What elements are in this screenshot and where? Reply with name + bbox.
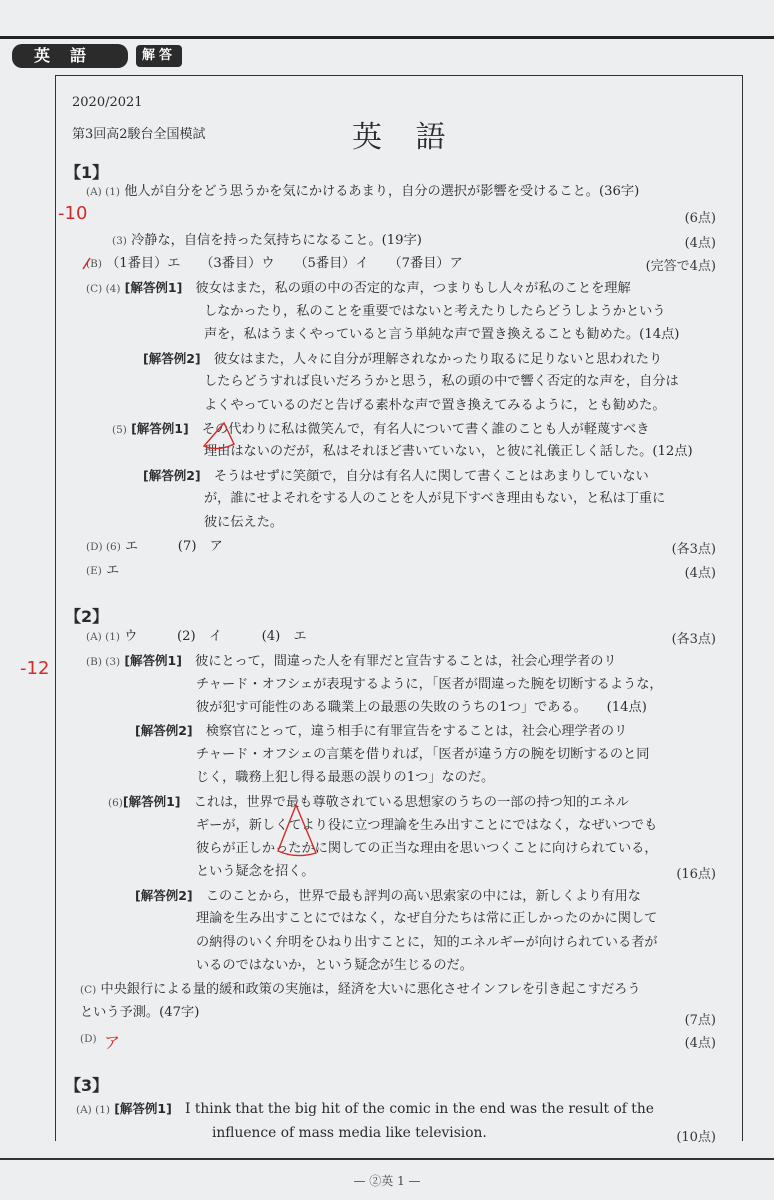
text-line: これは，世界で最も尊敬されている思想家のうちの一部の持つ知的エネル (194, 795, 629, 810)
s2-c-points: (7点) (685, 1009, 716, 1028)
text-line: 声を，私はうまくやっていると言う単純な声で置き換えることも勧めた。(14点) (204, 326, 679, 344)
s1-e-label: (E) (86, 565, 102, 577)
s1-a3-label: (3) (112, 235, 127, 247)
text-line: の納得のいく弁明をひねり出すことに，知的エネルギーが向けられている者が (196, 934, 658, 952)
text-line: いるのではないか，という疑念が生じるのだ。 (196, 957, 473, 975)
text-line: よくやっているのだと告げる素朴な声で置き換えてみるように，とも勧めた。 (204, 397, 666, 415)
s1-c5-ex1: (5) [解答例1] その代わりに私は微笑んで，有名人について書く誰のことも人が… (112, 420, 649, 439)
red-triangle-mark-icon (274, 803, 324, 865)
s2-b3-ex2: [解答例2] 検察官にとって，違う相手に有罪宣告をすることは，社会心理学者のリ (135, 722, 627, 741)
answer-tab: 解答 (136, 45, 182, 67)
text-line: が，誰にせよそれをする人のことを人が見下すべき理由もない，と私は丁重に (204, 490, 665, 508)
s1-c5-label: (5) (112, 424, 127, 436)
s1-a1-points: (6点) (685, 207, 716, 226)
text-line: influence of mass media like television. (212, 1124, 487, 1142)
s2-a-label: (A) (1) (86, 631, 120, 643)
section-1-heading: 【1】 (65, 160, 108, 183)
text-line: そうはせずに笑顔で，自分は有名人に関して書くことはあまりしていない (214, 469, 649, 484)
example-tag: [解答例2] (135, 888, 193, 903)
example-tag: [解答例1] (124, 653, 182, 668)
s2-a-text: ウ (2) イ (4) エ (124, 629, 306, 644)
s1-a1-label: (A) (1) (86, 186, 120, 198)
s2-d-label: (D) (80, 1033, 97, 1045)
page-number: — ②英 1 — (0, 1172, 774, 1189)
text-line: I think that the big hit of the comic in… (185, 1101, 654, 1117)
s2-c-label: (C) (80, 984, 96, 996)
text-line: チャード・オフシェが表現するように，「医者が間違った腕を切断するような， (196, 676, 663, 694)
s1-d-points: (各3点) (672, 538, 716, 557)
s1-b-points: (完答で4点) (646, 255, 716, 274)
s1-a1-text: 他人が自分をどう思うかを気にかけるあまり，自分の選択が影響を受けること。(36字… (124, 184, 639, 199)
text-line: 理由はないのだが，私はそれほど書いていない，と彼に礼儀正しく話した。(12点) (204, 443, 693, 461)
subject-tab: 英語 (12, 44, 128, 68)
s2-b6-ex1: (6)[解答例1] これは，世界で最も尊敬されている思想家のうちの一部の持つ知的… (108, 793, 629, 812)
example-tag: [解答例2] (143, 351, 201, 366)
text-line: したらどうすれば良いだろうかと思う，私の頭の中で響く否定的な声を，自分は (204, 373, 679, 391)
text-line: このことから，世界で最も評判の高い思索家の中には，新しくより有用な (206, 889, 641, 904)
s1-c4-ex2: [解答例2] 彼女はまた，人々に自分が理解されなかったり取るに足りないと思われた… (143, 350, 662, 369)
example-tag: [解答例2] (135, 723, 193, 738)
s2-b6-label: (6) (108, 797, 123, 809)
s3-a1: (A) (1) [解答例1] I think that the big hit … (76, 1100, 654, 1119)
s1-d-label: (D) (6) (86, 541, 121, 553)
text-line: 彼が犯す可能性のある職業上の最悪の失敗のうちの1つ」である。 (14点) (196, 699, 647, 717)
s2-a-points: (各3点) (672, 628, 716, 647)
s2-d-points: (4点) (685, 1032, 716, 1051)
s2-c: (C) 中央銀行による量的緩和政策の実施は，経済を大いに悪化させインフレを引き起… (80, 981, 641, 999)
text-line: という予測。(47字) (80, 1004, 199, 1022)
text-line: しなかったり，私のことを重要ではないと考えたりしたらどうしようかという (204, 303, 666, 321)
s1-e: (E) エ (86, 562, 119, 580)
text-line: ギーが，新しくてより役に立つ理論を生み出すことにではなく，なぜいつでも (196, 817, 657, 835)
s1-a3: (3) 冷静な，自信を持った気持ちになること。(19字) (112, 232, 422, 250)
s1-e-points: (4点) (685, 562, 716, 581)
text-line: 中央銀行による量的緩和政策の実施は，経済を大いに悪化させインフレを引き起こすだろ… (100, 982, 640, 997)
section-2-heading: 【2】 (65, 604, 108, 627)
top-rule (0, 36, 774, 39)
text-line: じく，職務上犯し得る最悪の誤りの1つ」なのだ。 (196, 769, 494, 787)
text-line: 彼らが正しかったかに関しての正当な理由を思いつくことに向けられている， (196, 840, 658, 858)
s1-c4-label: (C) (4) (86, 283, 120, 295)
year: 2020/2021 (72, 95, 143, 110)
red-triangle-mark-icon (198, 420, 242, 454)
text-line: その代わりに私は微笑んで，有名人について書く誰のことも人が軽蔑すべき (202, 422, 650, 437)
s1-a3-points: (4点) (685, 232, 716, 251)
example-tag: [解答例2] (143, 468, 201, 483)
s1-d: (D) (6) エ (7) ア (86, 538, 223, 556)
text-line: 彼女はまた，私の頭の中の否定的な声，つまりもし人々が私のことを理解 (195, 281, 630, 296)
s1-a3-text: 冷静な，自信を持った気持ちになること。(19字) (131, 233, 422, 248)
handwritten-answer-mark: ア (104, 1030, 120, 1053)
s3-a1-points: (10点) (676, 1126, 716, 1145)
s2-b6-points: (16点) (676, 863, 716, 882)
s1-a1: (A) (1) 他人が自分をどう思うかを気にかけるあまり，自分の選択が影響を受け… (86, 183, 639, 201)
example-tag: [解答例1] (114, 1101, 172, 1116)
s2-b3-label: (B) (3) (86, 656, 120, 668)
s3-a1-label: (A) (1) (76, 1104, 110, 1116)
s2-b6-ex2: [解答例2] このことから，世界で最も評判の高い思索家の中には，新しくより有用な (135, 887, 641, 906)
example-tag: [解答例1] (125, 280, 183, 295)
section-3-heading: 【3】 (65, 1073, 108, 1096)
s1-b: (B) （1番目）エ （3番目）ウ （5番目）イ （7番目）ア (86, 255, 463, 273)
s1-d-text: エ (7) ア (125, 539, 223, 554)
s1-e-text: エ (106, 563, 119, 578)
s2-d: (D) (80, 1030, 97, 1048)
text-line: 理論を生み出すことにではなく，なぜ自分たちは常に正しかったのかに関して (196, 910, 657, 928)
s1-b-text: （1番目）エ （3番目）ウ （5番目）イ （7番目）ア (106, 256, 463, 271)
exam-name: 第3回高2駿台全国模試 (72, 123, 206, 142)
s1-c4-ex1: (C) (4) [解答例1] 彼女はまた，私の頭の中の否定的な声，つまりもし人々… (86, 279, 631, 298)
handwritten-score-s2: -12 (20, 658, 49, 679)
text-line: という疑念を招く。 (196, 863, 314, 881)
s1-c5-ex2: [解答例2] そうはせずに笑顔で，自分は有名人に関して書くことはあまりしていない (143, 467, 649, 486)
example-tag: [解答例1] (131, 421, 189, 436)
text-line: 彼女はまた，人々に自分が理解されなかったり取るに足りないと思われたり (214, 352, 662, 367)
red-check-icon (80, 255, 100, 273)
text-line: 彼にとって，間違った人を有罪だと宣告することは，社会心理学者のリ (195, 654, 616, 669)
bottom-rule (0, 1158, 774, 1160)
text-line: チャード・オフシェの言葉を借りれば，「医者が違う方の腕を切断するのと同 (196, 746, 649, 764)
text-line: 彼に伝えた。 (204, 514, 283, 532)
page-title: 英 語 (352, 112, 458, 156)
s2-a: (A) (1) ウ (2) イ (4) エ (86, 628, 307, 646)
s2-b3-ex1: (B) (3) [解答例1] 彼にとって，間違った人を有罪だと宣告することは，社… (86, 652, 617, 671)
handwritten-score-s1: -10 (58, 203, 87, 224)
header-tabs: 英語 解答 (12, 44, 182, 68)
text-line: 検察官にとって，違う相手に有罪宣告をすることは，社会心理学者のリ (206, 724, 627, 739)
example-tag: [解答例1] (123, 794, 181, 809)
